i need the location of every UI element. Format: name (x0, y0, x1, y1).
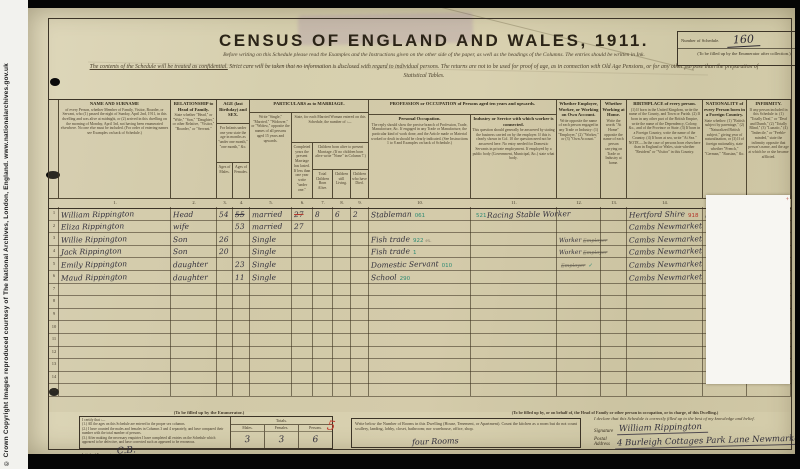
entry-occ: 290 (400, 276, 411, 282)
cell-mar (250, 371, 292, 384)
cell-emp (557, 220, 601, 233)
col-header-ages-males: Ages of Males. (217, 163, 233, 198)
cell-nat (703, 383, 747, 396)
cell-name (59, 283, 171, 296)
cell-c7 (313, 383, 333, 396)
cell-c7 (313, 257, 333, 270)
cell-yrs (292, 283, 313, 296)
form-title: CENSUS OF ENGLAND AND WALES, 1911. (199, 31, 669, 51)
cell-emp (557, 295, 601, 308)
cell-rel: Son (171, 232, 217, 245)
row-number: 13 (49, 358, 59, 371)
table-row: 12 (49, 346, 791, 360)
cell-ageF (233, 320, 250, 333)
total-males: 3 (230, 431, 264, 449)
cell-occ (369, 358, 471, 371)
table-row: 7 (49, 283, 791, 297)
cell-birth (627, 371, 703, 384)
enumerator-initials: C.B. (117, 445, 137, 454)
cell-c7 (313, 346, 333, 359)
profession-group-title: PROFESSION or OCCUPATION of Persons aged… (370, 101, 555, 107)
children-note-box: Children born alive to present Marriage.… (313, 143, 369, 170)
cell-c8 (333, 257, 351, 270)
cell-mar: Single (250, 245, 292, 258)
children-total-desc: Total Children Born Alive. (314, 172, 331, 191)
cell-mar (250, 295, 292, 308)
entry-mar: Single (252, 272, 276, 282)
totals-label: Totals. (231, 417, 332, 425)
cell-c7 (313, 333, 333, 346)
cell-ind (471, 283, 557, 296)
entry-c8: 6 (335, 210, 340, 219)
row-number: 9 (49, 308, 59, 321)
cell-ind (471, 270, 557, 283)
entry-mar: married (252, 222, 283, 232)
cell-c7 (313, 245, 333, 258)
cell-yrs (292, 308, 313, 321)
years-married-desc: Completed years the present Marriage has… (293, 145, 311, 192)
col-header-birthplace: BIRTHPLACE of every person.(1) If born i… (627, 100, 703, 198)
cell-c8: 6 (333, 207, 351, 220)
cell-rel (171, 371, 217, 384)
cell-ageF (233, 383, 250, 396)
cell-rel (171, 383, 217, 396)
profession-group-header: PROFESSION or OCCUPATION of Persons aged… (369, 100, 557, 115)
initials-label: Initials of Enumerator. (82, 453, 114, 454)
cell-occ: School290 (369, 270, 471, 283)
cell-ageM (217, 257, 233, 270)
cell-occ (369, 346, 471, 359)
children-note: Children born alive to present Marriage.… (314, 145, 367, 159)
row-number: 1 (49, 207, 59, 220)
cell-rel (171, 346, 217, 359)
married-woman-note: State, for each Married Woman entered on… (293, 115, 367, 124)
cell-c7 (313, 232, 333, 245)
cell-birth: Cambs Newmarket (627, 245, 703, 258)
cell-rel (171, 358, 217, 371)
table-row: 5Emily Rippingtondaughter23SingleDomesti… (49, 257, 791, 271)
cell-occ: Fish trade1 (369, 245, 471, 258)
cell-ageM: 20 (217, 245, 233, 258)
cell-mar (250, 346, 292, 359)
cell-home (601, 383, 627, 396)
entry-birth: Cambs Newmarket (629, 221, 702, 232)
cell-home (601, 295, 627, 308)
cell-c9 (351, 220, 369, 233)
entry-rel: Son (173, 235, 188, 244)
cell-ageM (217, 295, 233, 308)
row-number: 5 (49, 257, 59, 270)
cell-rel (171, 308, 217, 321)
col-header-working-at-home: Whether Working at Home.Write the words … (601, 100, 627, 198)
cell-name (59, 383, 171, 396)
enumerator-box: I certify that :— (1.) All the ages on t… (79, 416, 333, 449)
cell-yrs (292, 333, 313, 346)
cell-home (601, 257, 627, 270)
cell-emp (557, 283, 601, 296)
cell-emp (557, 383, 601, 396)
cell-birth (627, 358, 703, 371)
red-cross-mark: + (786, 197, 789, 203)
table-row: 6Maud Rippingtondaughter11SingleSchool29… (49, 270, 791, 284)
entry-rel: wife (173, 222, 189, 231)
cell-ageF (233, 333, 250, 346)
cell-name (59, 295, 171, 308)
row-number: 6 (49, 270, 59, 283)
working-at-home-title: Whether Working at Home. (602, 101, 625, 118)
cell-ageF: 53 (233, 220, 250, 233)
cell-ageM (217, 333, 233, 346)
entry-rel: daughter (173, 272, 208, 282)
table-row: 8 (49, 295, 791, 309)
cell-ind (471, 346, 557, 359)
cell-birth (627, 295, 703, 308)
entry-c9: 2 (353, 210, 358, 219)
cell-name (59, 333, 171, 346)
cell-home (601, 346, 627, 359)
cell-birth: Cambs Newmarket (627, 220, 703, 233)
cell-c9: 2 (351, 207, 369, 220)
cell-name (59, 308, 171, 321)
cell-ageF: 23 (233, 257, 250, 270)
entry-birth: Cambs Newmarket (629, 247, 702, 258)
cell-emp: WorkerEmployer (557, 245, 601, 258)
signature-label: Signature (594, 429, 613, 434)
cell-c9 (351, 308, 369, 321)
cell-birth (627, 283, 703, 296)
cell-mar: Single (250, 232, 292, 245)
enumerator-certification: I certify that :— (1.) All the ages on t… (80, 417, 230, 448)
cell-name (59, 346, 171, 359)
col-header-employer-worker: Whether Employer, Worker, or Working on … (557, 100, 601, 198)
entry-name: Emily Rippington (61, 259, 127, 269)
entry-yrs: 27 (294, 222, 304, 231)
declaration-box: I declare that this Schedule is correctl… (594, 416, 795, 449)
cell-c7: 8 (313, 207, 333, 220)
column-number-c8: 8. (333, 200, 351, 205)
cell-c7 (313, 320, 333, 333)
cell-mar (250, 283, 292, 296)
cert-3: (3.) After making the necessary enquirie… (82, 436, 228, 445)
occupation-desc: The reply should show the precise branch… (370, 123, 469, 147)
cell-c7 (313, 220, 333, 233)
declaration-heading: (To be filled up by, or on behalf of, th… (439, 410, 791, 415)
cell-yrs: 27 (292, 220, 313, 233)
entry-rel: daughter (173, 260, 208, 270)
cell-c9 (351, 245, 369, 258)
cell-c9 (351, 283, 369, 296)
cell-ageF (233, 358, 250, 371)
cell-c8 (333, 308, 351, 321)
cell-occ (369, 283, 471, 296)
cell-name: Jack Rippington (59, 245, 171, 258)
column-number-name: 1. (59, 200, 171, 205)
cell-ind (471, 383, 557, 396)
cell-ind (471, 333, 557, 346)
cell-c8 (333, 358, 351, 371)
cell-occ (369, 308, 471, 321)
cell-name (59, 371, 171, 384)
working-at-home-desc: Write the words "At Home" opposite the n… (602, 119, 625, 166)
column-number-ind: 11. (471, 200, 557, 205)
cell-c9 (351, 346, 369, 359)
row-number: 8 (49, 295, 59, 308)
postal-address-value: 4 Burleigh Cottages Park Lane Newmarket (615, 433, 795, 449)
entry-name: William Rippington (61, 209, 134, 220)
cell-ageF: 11 (233, 270, 250, 283)
entry-name: Willie Rippington (61, 234, 127, 244)
entry-occ: Domestic Servant (371, 259, 439, 269)
schedule-number-value: 160 (727, 32, 761, 48)
age-desc: For Infants under one year state the age… (218, 126, 248, 150)
cell-inf (747, 383, 791, 396)
table-row: 10 (49, 320, 791, 334)
infirmity-desc: If any person included in this Schedule … (748, 108, 789, 160)
cell-ind (471, 371, 557, 384)
cell-name: William Rippington (59, 207, 171, 220)
cell-home (601, 270, 627, 283)
cell-mar (250, 308, 292, 321)
cell-c9 (351, 383, 369, 396)
cell-home (601, 320, 627, 333)
table-row: 1William RippingtonHead5455married27862S… (49, 207, 791, 221)
instruction-line-1: Before writing on this Schedule please r… (169, 52, 699, 58)
cell-ind (471, 358, 557, 371)
cell-ageF (233, 371, 250, 384)
entry-occ: Stableman (371, 209, 412, 219)
table-row: 14 (49, 371, 791, 385)
ages-of-females: Ages of Females. (234, 165, 248, 174)
entry-c7: 8 (315, 210, 320, 219)
cell-rel: Son (171, 245, 217, 258)
column-number-yrs: 6. (292, 200, 313, 205)
cell-home (601, 220, 627, 233)
birthplace-title: BIRTHPLACE of every person. (628, 101, 701, 107)
children-living-desc: Children still Living. (334, 172, 349, 186)
cell-rel: wife (171, 220, 217, 233)
entry-name: Eliza Rippington (61, 222, 124, 232)
cell-c8 (333, 220, 351, 233)
cell-occ (369, 333, 471, 346)
cell-yrs (292, 358, 313, 371)
entry-ageM: 20 (219, 247, 229, 256)
entry-ageM: 54 (219, 209, 229, 218)
cell-ind (471, 257, 557, 270)
cell-emp (557, 333, 601, 346)
ages-of-males: Ages of Males. (218, 165, 231, 174)
entry-ageF: 53 (235, 222, 245, 231)
cell-occ (369, 320, 471, 333)
entry-ageF: 55 (235, 209, 245, 218)
cell-c7 (313, 358, 333, 371)
total-females: 3 (264, 431, 298, 449)
cell-yrs (292, 320, 313, 333)
cell-c9 (351, 257, 369, 270)
relationship-title: RELATIONSHIP to Head of Family. (172, 101, 215, 112)
entry-emp: ✓ (588, 263, 593, 269)
relationship-desc: State whether "Head," or "Wife," "Son," … (172, 113, 215, 132)
cell-ageF (233, 308, 250, 321)
cell-birth (627, 320, 703, 333)
column-number-c9: 9. (351, 200, 369, 205)
row-number: 15 (49, 383, 59, 396)
cell-ageF (233, 232, 250, 245)
table-row: 13 (49, 358, 791, 372)
rooms-value: four Rooms (412, 436, 459, 448)
table-row: 2Eliza Rippingtonwife53married27Cambs Ne… (49, 220, 791, 234)
cell-occ: Domestic Servant010 (369, 257, 471, 270)
cell-c7 (313, 295, 333, 308)
col-header-years-married: Completed years the present Marriage has… (292, 143, 313, 198)
cell-ind (471, 295, 557, 308)
cell-home (601, 283, 627, 296)
cell-yrs (292, 257, 313, 270)
occupation-title: Personal Occupation. (370, 116, 469, 122)
table-row: 4Jack RippingtonSon20SingleFish trade1Wo… (49, 245, 791, 259)
cell-c7 (313, 371, 333, 384)
cell-name: Emily Rippington (59, 257, 171, 270)
column-number-ageF: 4. (233, 200, 250, 205)
col-header-marital: Write "Single," "Married," "Widower," or… (250, 113, 292, 198)
instruction-line-2-rest: Strict care will be taken that no inform… (228, 64, 759, 79)
cell-c9 (351, 295, 369, 308)
rooms-box: Write below the Number of Rooms in this … (351, 418, 581, 448)
cell-c8 (333, 232, 351, 245)
cell-mar: Single (250, 257, 292, 270)
birthplace-desc: (1) If born in the United Kingdom, write… (628, 108, 701, 155)
cell-ageF (233, 346, 250, 359)
cell-mar: Single (250, 270, 292, 283)
cell-yrs (292, 383, 313, 396)
table-row: 3Willie RippingtonSon26SingleFish trade9… (49, 232, 791, 246)
entry-birth: Hertford Shire (629, 209, 685, 219)
infirmity-redaction-overlay: + (706, 195, 790, 384)
row-number: 14 (49, 371, 59, 384)
cell-c9 (351, 358, 369, 371)
entry-occ: 922 (413, 238, 424, 244)
entry-occ: 010 (442, 263, 453, 269)
column-number-birth: 14. (627, 200, 703, 205)
cell-birth: Cambs Newmarket (627, 257, 703, 270)
cell-rel: daughter (171, 257, 217, 270)
cell-c7 (313, 308, 333, 321)
cell-c8 (333, 283, 351, 296)
confidential-lead: The contents of the Schedule will be tre… (90, 64, 228, 70)
cell-occ (369, 220, 471, 233)
marriage-group-header: PARTICULARS as to MARRIAGE. (250, 100, 369, 113)
cell-yrs (292, 295, 313, 308)
entry-occ: 061 (415, 213, 426, 219)
declaration-text: I declare that this Schedule is correctl… (594, 416, 795, 421)
row-number: 2 (49, 220, 59, 233)
age-desc-box: For Infants under one year state the age… (217, 124, 250, 163)
cell-birth: Cambs Newmarket (627, 270, 703, 283)
entry-emp: Employer (561, 263, 585, 270)
entry-ageF: 23 (235, 260, 245, 269)
cell-emp (557, 207, 601, 220)
cell-c9 (351, 371, 369, 384)
column-number-home: 13. (601, 200, 627, 205)
cell-ind (471, 220, 557, 233)
cell-emp: WorkerEmployer (557, 232, 601, 245)
cell-yrs (292, 270, 313, 283)
cell-c8 (333, 346, 351, 359)
schedule-number-box: Number of Schedule. 160 (To be filled up… (677, 31, 795, 66)
cell-home (601, 232, 627, 245)
entry-yrs: 27 (294, 209, 304, 218)
instruction-line-2: The contents of the Schedule will be tre… (79, 63, 769, 80)
cell-rel: daughter (171, 270, 217, 283)
col-header-relationship: RELATIONSHIP to Head of Family.State whe… (171, 100, 217, 198)
nationality-title: NATIONALITY of every Person born in a Fo… (704, 101, 745, 118)
column-number-rel: 2. (171, 200, 217, 205)
cell-occ (369, 295, 471, 308)
cell-home (601, 308, 627, 321)
cell-ageM (217, 308, 233, 321)
column-number-emp: 12. (557, 200, 601, 205)
cell-ageF (233, 295, 250, 308)
cell-emp (557, 346, 601, 359)
industry-title: Industry or Service with which worker is… (472, 116, 555, 127)
cell-c9 (351, 270, 369, 283)
cell-rel: Head (171, 207, 217, 220)
cell-emp (557, 371, 601, 384)
cell-ageM: 26 (217, 232, 233, 245)
cell-c8 (333, 333, 351, 346)
cell-ageF (233, 245, 250, 258)
name-desc: of every Person, whether Member of Famil… (60, 108, 169, 136)
cell-mar (250, 358, 292, 371)
col-header-name: NAME AND SURNAMEof every Person, whether… (59, 100, 171, 198)
cell-name (59, 358, 171, 371)
entry-mar: Single (252, 260, 276, 270)
entry-occ: ex. (425, 239, 431, 244)
entry-occ: 1 (413, 250, 417, 256)
entry-rel: Son (173, 247, 188, 256)
cell-ageM (217, 346, 233, 359)
entry-ageM: 26 (219, 235, 229, 244)
entry-occ: Fish trade (371, 247, 410, 257)
cell-ind (471, 232, 557, 245)
cell-ageF: 55 (233, 207, 250, 220)
employer-worker-desc: Write opposite the name of each person e… (558, 119, 599, 143)
cell-rel (171, 333, 217, 346)
cell-yrs (292, 232, 313, 245)
census-table: NAME AND SURNAMEof every Person, whether… (49, 99, 791, 412)
cell-ageM (217, 358, 233, 371)
nationality-desc: State whether: (1) "British subject by p… (704, 119, 745, 157)
cell-emp (557, 270, 601, 283)
cell-birth (627, 383, 703, 396)
col-header-industry: Industry or Service with which worker is… (471, 115, 557, 198)
industry-desc: This question should generally be answer… (472, 128, 555, 161)
cell-rel (171, 295, 217, 308)
cell-birth: Hertford Shire918 (627, 207, 703, 220)
cell-mar: married (250, 207, 292, 220)
cell-occ: Stableman061 (369, 207, 471, 220)
cell-ind (471, 320, 557, 333)
entry-birth: 918 (688, 213, 699, 219)
row-number: 4 (49, 245, 59, 258)
cell-ageM (217, 383, 233, 396)
cell-c7 (313, 283, 333, 296)
cell-birth (627, 308, 703, 321)
entry-mar: Single (252, 235, 276, 245)
schedule-number-label: Number of Schedule. (681, 38, 719, 43)
entry-emp: Worker (559, 237, 581, 244)
col-header-age: AGE (last Birthday) and SEX. (217, 100, 250, 124)
copyright-text: © Crown Copyright Images reproduced cour… (3, 63, 10, 467)
